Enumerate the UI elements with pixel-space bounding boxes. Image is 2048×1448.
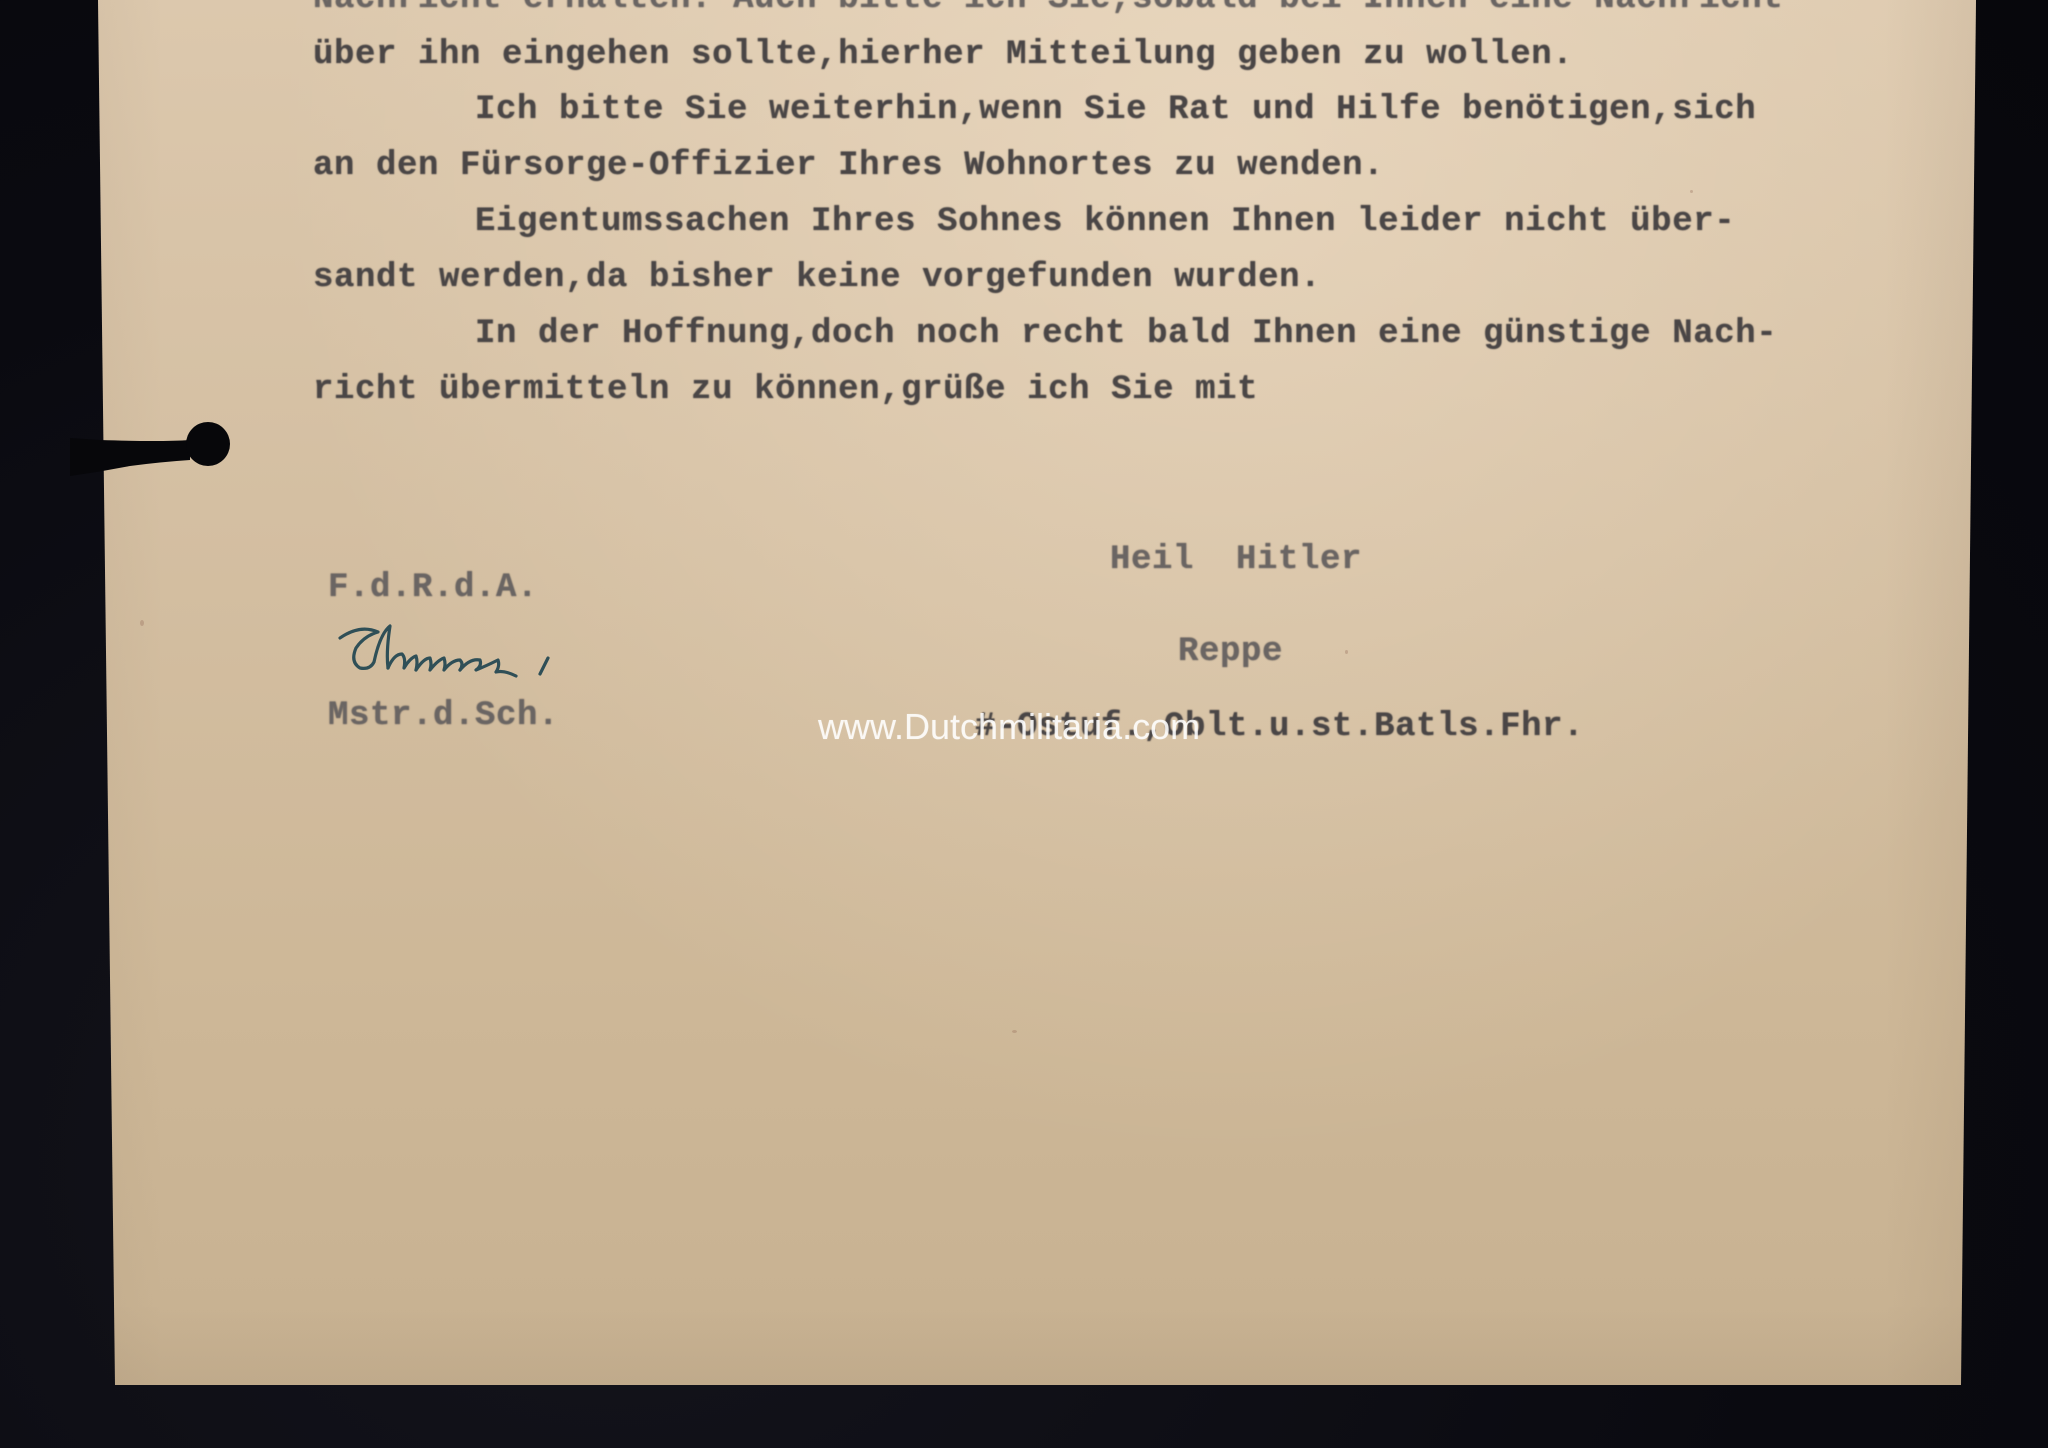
certification-title: Mstr.d.Sch. — [328, 699, 559, 733]
closing-salutation: Heil Hitler — [1110, 543, 1362, 577]
handwritten-signature — [330, 618, 570, 688]
certification-label: F.d.R.d.A. — [328, 571, 538, 605]
body-line: Eigentumssachen Ihres Sohnes können Ihne… — [475, 205, 1735, 239]
paper-speck — [140, 620, 144, 626]
body-line: an den Fürsorge-Offizier Ihres Wohnortes… — [313, 149, 1384, 183]
paper-speck — [1012, 1030, 1017, 1033]
body-line: richt übermitteln zu können,grüße ich Si… — [313, 373, 1258, 407]
binding-cord-icon — [70, 420, 230, 480]
watermark: www.Dutchmilitaria.com — [818, 706, 1200, 748]
body-line: über ihn eingehen sollte,hierher Mitteil… — [313, 38, 1573, 72]
body-line: sandt werden,da bisher keine vorgefunden… — [313, 261, 1321, 295]
body-line-cut: Nachricht erhalten. Auch bitte ich Sie,s… — [313, 0, 1783, 16]
paper-speck — [1345, 650, 1348, 654]
body-line: In der Hoffnung,doch noch recht bald Ihn… — [475, 317, 1777, 351]
photo-stage: Nachricht erhalten. Auch bitte ich Sie,s… — [0, 0, 2048, 1448]
paper-speck — [1690, 190, 1693, 193]
body-line: Ich bitte Sie weiterhin,wenn Sie Rat und… — [475, 93, 1756, 127]
signer-name: Reppe — [1178, 635, 1283, 669]
